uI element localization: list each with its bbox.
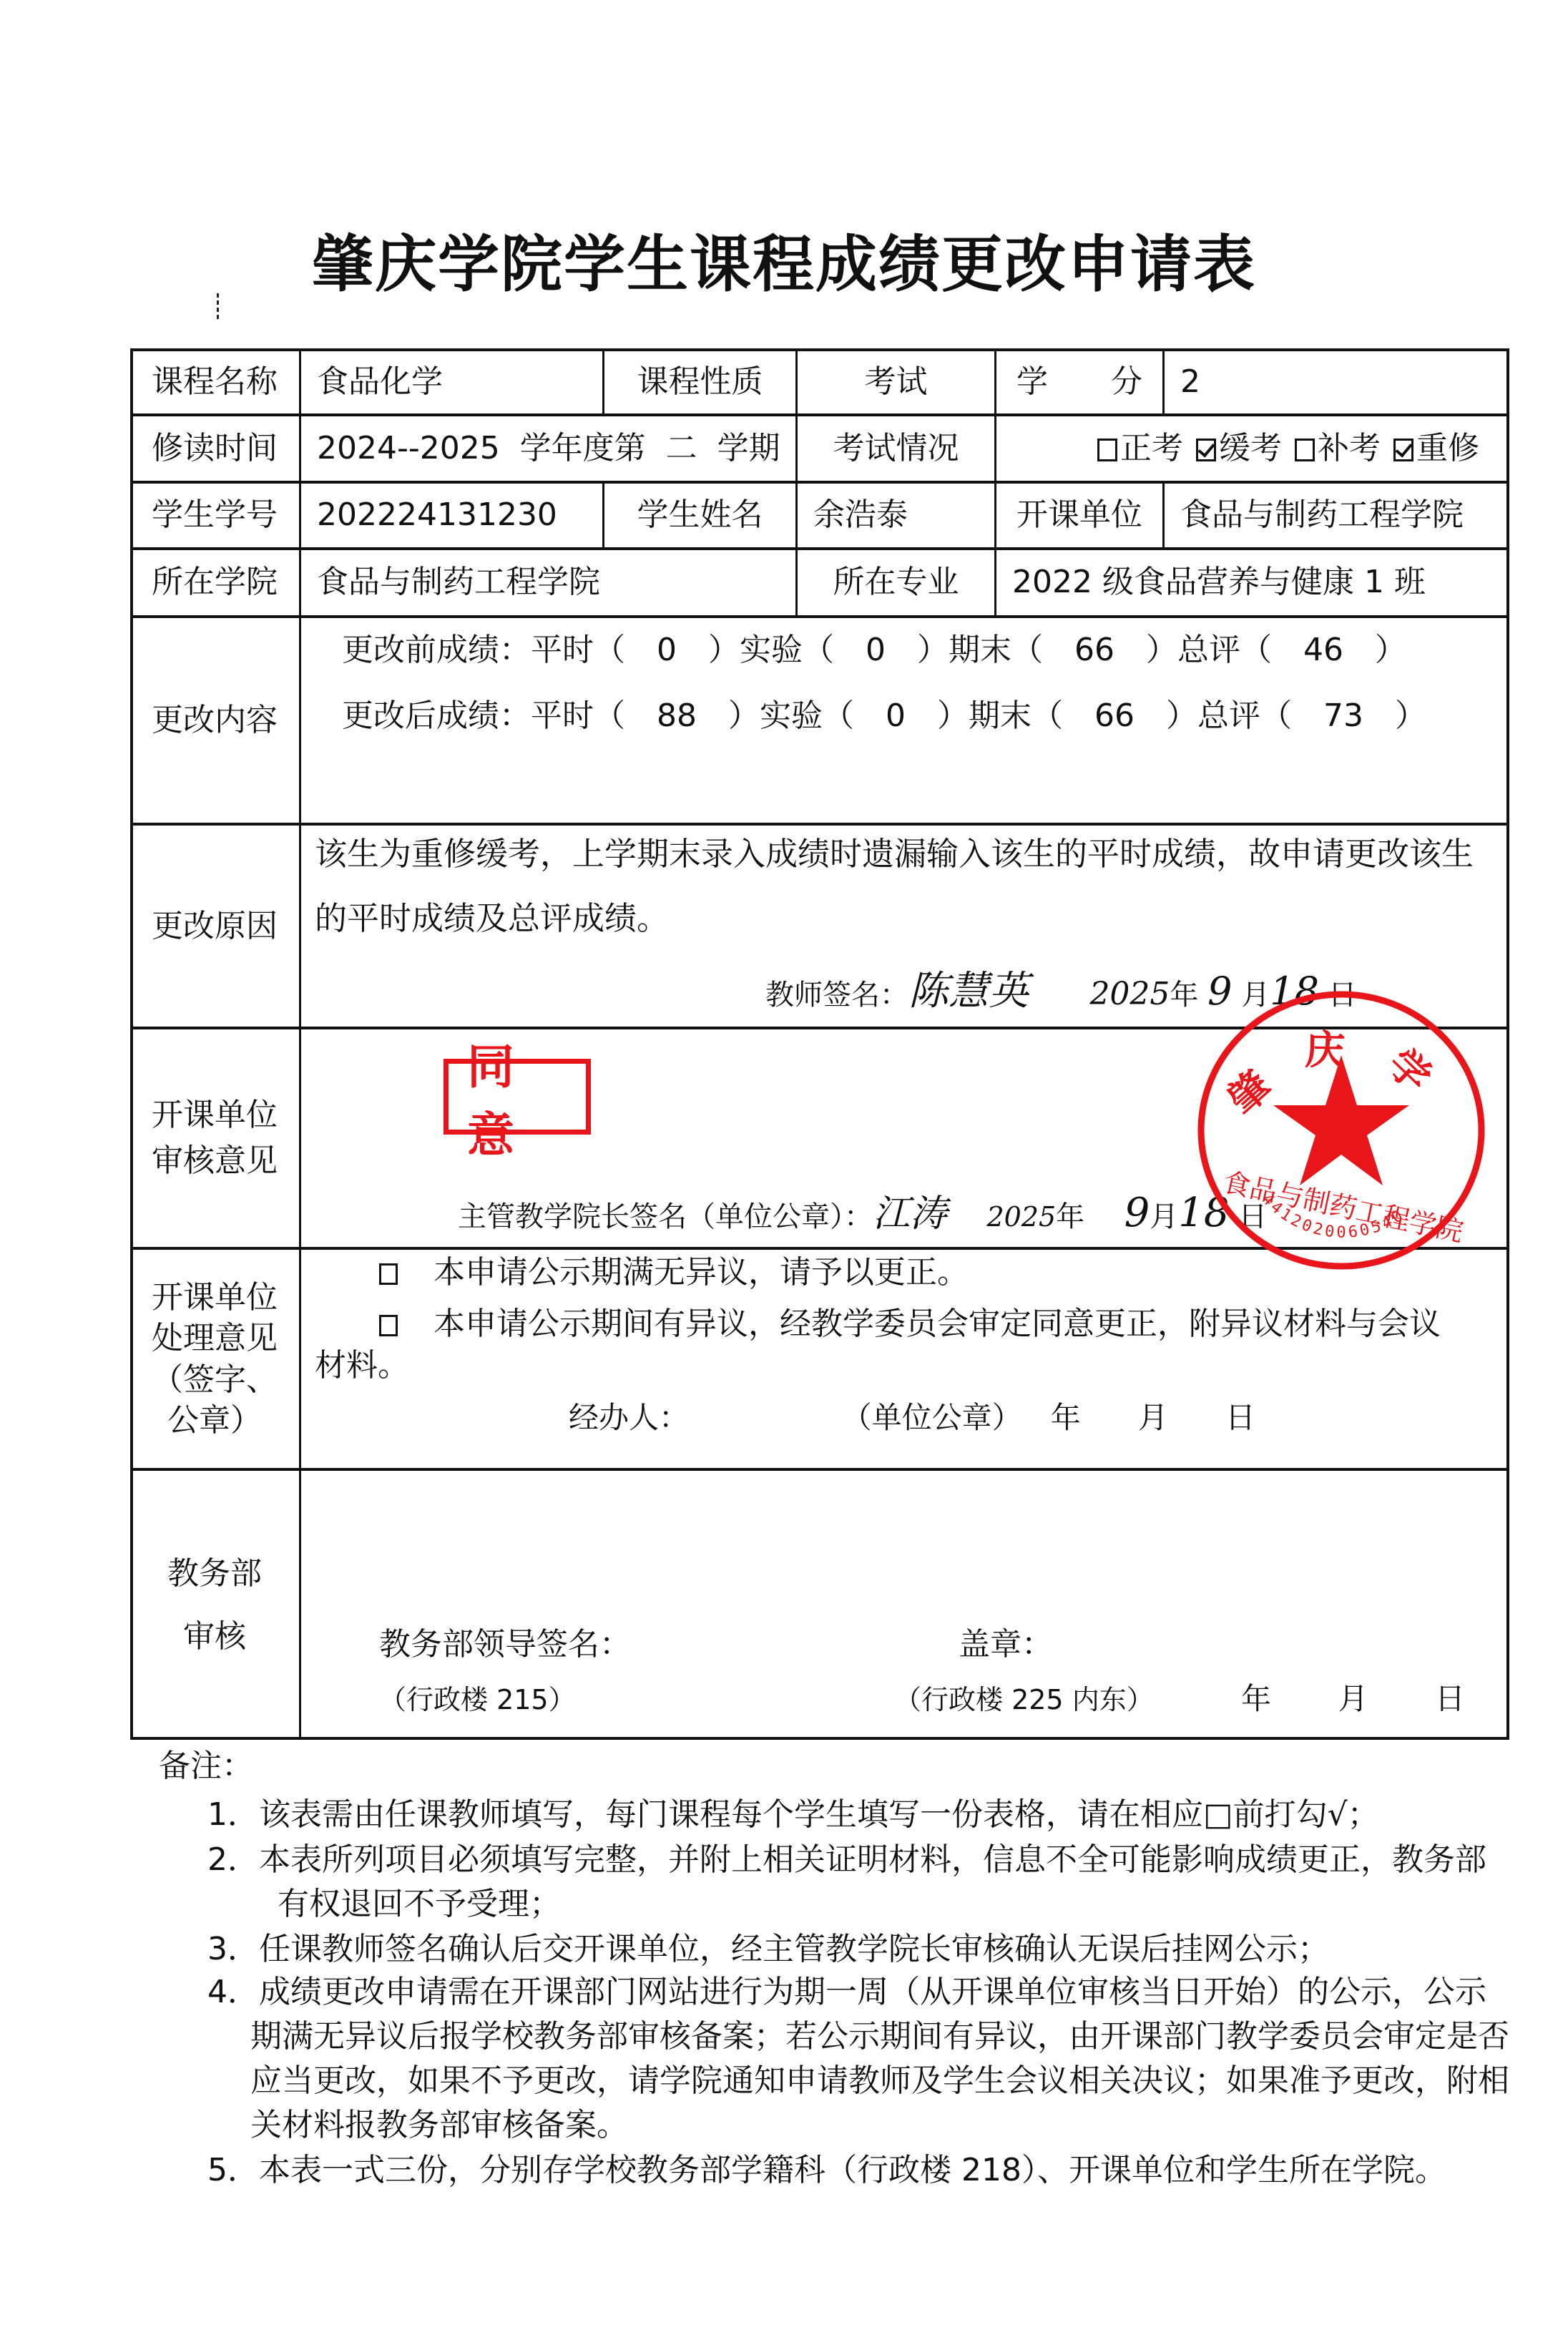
note-5: 5．本表一式三份，分别存学校教务部学籍科（行政楼 218）、开课单位和学生所在学… — [207, 2144, 1446, 2190]
scan-mark — [217, 293, 222, 319]
college-value: 食品与制药工程学院 — [301, 550, 795, 615]
change-content-label: 更改内容 — [130, 618, 299, 823]
reason-line-1: 该生为重修缓考，上学期末录入成绩时遗漏输入该生的平时成绩，故申请更改该生 — [315, 833, 1474, 876]
college-label: 所在学院 — [130, 550, 299, 615]
student-id-label: 学生学号 — [130, 484, 299, 547]
approval-stamp: 同意 — [444, 1059, 591, 1135]
offering-unit-label: 开课单位 — [996, 484, 1162, 547]
course-type-label: 课程性质 — [604, 351, 795, 413]
checkbox-unchecked-icon[interactable] — [1295, 439, 1315, 461]
checkbox-unchecked-icon[interactable] — [379, 1263, 398, 1285]
after-final-score: 66 — [1094, 697, 1135, 734]
dean-date-month: 9 — [1124, 1190, 1150, 1236]
official-seal: 肇庆学院 食品与制药工程学院 4412020060540 — [1191, 987, 1491, 1273]
note-4-cont-2: 应当更改，如果不予更改，请学院通知申请教师及学生会议相关决议；如果准予更改，附相 — [250, 2055, 1509, 2100]
exam-option-deferred[interactable]: 缓考 — [1196, 430, 1282, 468]
checkbox-checked-icon[interactable] — [1196, 439, 1216, 461]
note-4-cont-1: 期满无异议后报学校教务部审核备案；若公示期间有异议，由开课部门教学委员会审定是否 — [250, 2010, 1509, 2056]
before-lab-score: 0 — [866, 632, 886, 668]
leader-location: （行政楼 215） — [379, 1683, 576, 1718]
checkbox-unchecked-icon[interactable] — [1097, 439, 1117, 461]
note-1: 1．该表需由任课教师填写，每门课程每个学生填写一份表格，请在相应□前打勾√； — [207, 1788, 1379, 1834]
affairs-date-row: 年 月 日 — [1241, 1680, 1465, 1719]
note-3: 3．任课教师签名确认后交开课单位，经主管教学院长审核确认无误后挂网公示； — [207, 1923, 1329, 1969]
seal-label: 盖章： — [959, 1624, 1053, 1665]
course-name-label: 课程名称 — [130, 351, 299, 413]
exam-option-regular[interactable]: 正考 — [1097, 430, 1183, 468]
grades-after: 更改后成绩：平时（ 88 ）实验（ 0 ）期末（ 66 ）总评（ 73 ） — [342, 695, 1426, 736]
dean-signature-row: 主管教学院长签名（单位公章）：江涛 2025年 9月18 日 — [458, 1188, 1267, 1240]
after-total-score: 73 — [1323, 697, 1363, 734]
notes-heading: 备注： — [159, 1740, 253, 1786]
handling-option-2[interactable]: 本申请公示期间有异议，经教学委员会审定同意更正，附异议材料与会议 — [379, 1303, 1441, 1344]
study-time-value: 2024--2025 学年度第 二 学期 — [301, 416, 795, 481]
exam-status-options: 正考 缓考 补考 重修 — [996, 416, 1509, 481]
study-time-label: 修读时间 — [130, 416, 299, 481]
reason-line-2: 的平时成绩及总评成绩。 — [315, 898, 669, 940]
handling-option-2-cont: 材料。 — [315, 1345, 409, 1386]
seal-location: （行政楼 225 内东） — [894, 1683, 1154, 1718]
note-2-cont: 有权退回不予受理； — [278, 1878, 561, 1924]
row-divider — [130, 615, 1509, 618]
dean-date-year: 2025 — [986, 1201, 1056, 1233]
unit-review-label: 开课单位 审核意见 — [130, 1029, 299, 1247]
handling-option-1[interactable]: 本申请公示期满无异议，请予以更正。 — [379, 1252, 969, 1293]
credits-value: 2 — [1165, 351, 1509, 413]
checkbox-unchecked-icon[interactable] — [379, 1315, 398, 1336]
before-final-score: 66 — [1074, 632, 1114, 668]
note-4: 4．成绩更改申请需在开课部门网站进行为期一周（从开课单位审核当日开始）的公示，公… — [207, 1966, 1486, 2012]
before-usual-score: 0 — [657, 632, 677, 668]
course-name-value: 食品化学 — [301, 351, 602, 413]
teacher-date-year: 2025 — [1089, 976, 1170, 1012]
after-usual-score: 88 — [657, 697, 697, 734]
student-id-value: 202224131230 — [301, 484, 602, 547]
exam-status-label: 考试情况 — [798, 416, 994, 481]
credits-label: 学 分 — [996, 351, 1162, 413]
teacher-signature: 陈慧英 — [908, 968, 1029, 1014]
row-divider — [130, 1468, 1509, 1471]
exam-option-retake[interactable]: 重修 — [1393, 430, 1479, 468]
exam-option-makeup[interactable]: 补考 — [1295, 430, 1381, 468]
note-2: 2．本表所列项目必须填写完整，并附上相关证明材料，信息不全可能影响成绩更正，教务… — [207, 1834, 1486, 1879]
form-title: 肇庆学院学生课程成绩更改申请表 — [0, 215, 1568, 303]
major-value: 2022 级食品营养与健康 1 班 — [996, 550, 1509, 615]
after-lab-score: 0 — [886, 697, 906, 734]
student-name-value: 余浩泰 — [798, 484, 994, 547]
handler-signature-row: 经办人： （单位公章） 年 月 日 — [569, 1399, 1255, 1438]
offering-unit-value: 食品与制药工程学院 — [1165, 484, 1509, 547]
leader-sign-label: 教务部领导签名： — [379, 1624, 631, 1665]
major-label: 所在专业 — [798, 550, 994, 615]
change-reason-label: 更改原因 — [130, 826, 299, 1027]
unit-handling-label: 开课单位 处理意见 （签字、 公章） — [130, 1250, 299, 1468]
note-4-cont-3: 关材料报教务部审核备案。 — [250, 2099, 628, 2145]
row-divider — [130, 823, 1509, 826]
before-total-score: 46 — [1303, 632, 1343, 668]
course-type-value: 考试 — [798, 351, 994, 413]
grades-before: 更改前成绩：平时（ 0 ）实验（ 0 ）期末（ 66 ）总评（ 46 ） — [342, 630, 1406, 670]
checkbox-checked-icon[interactable] — [1393, 439, 1413, 461]
academic-affairs-label: 教务部 审核 — [130, 1471, 299, 1740]
student-name-label: 学生姓名 — [604, 484, 795, 547]
dean-signature: 江涛 — [873, 1193, 947, 1235]
